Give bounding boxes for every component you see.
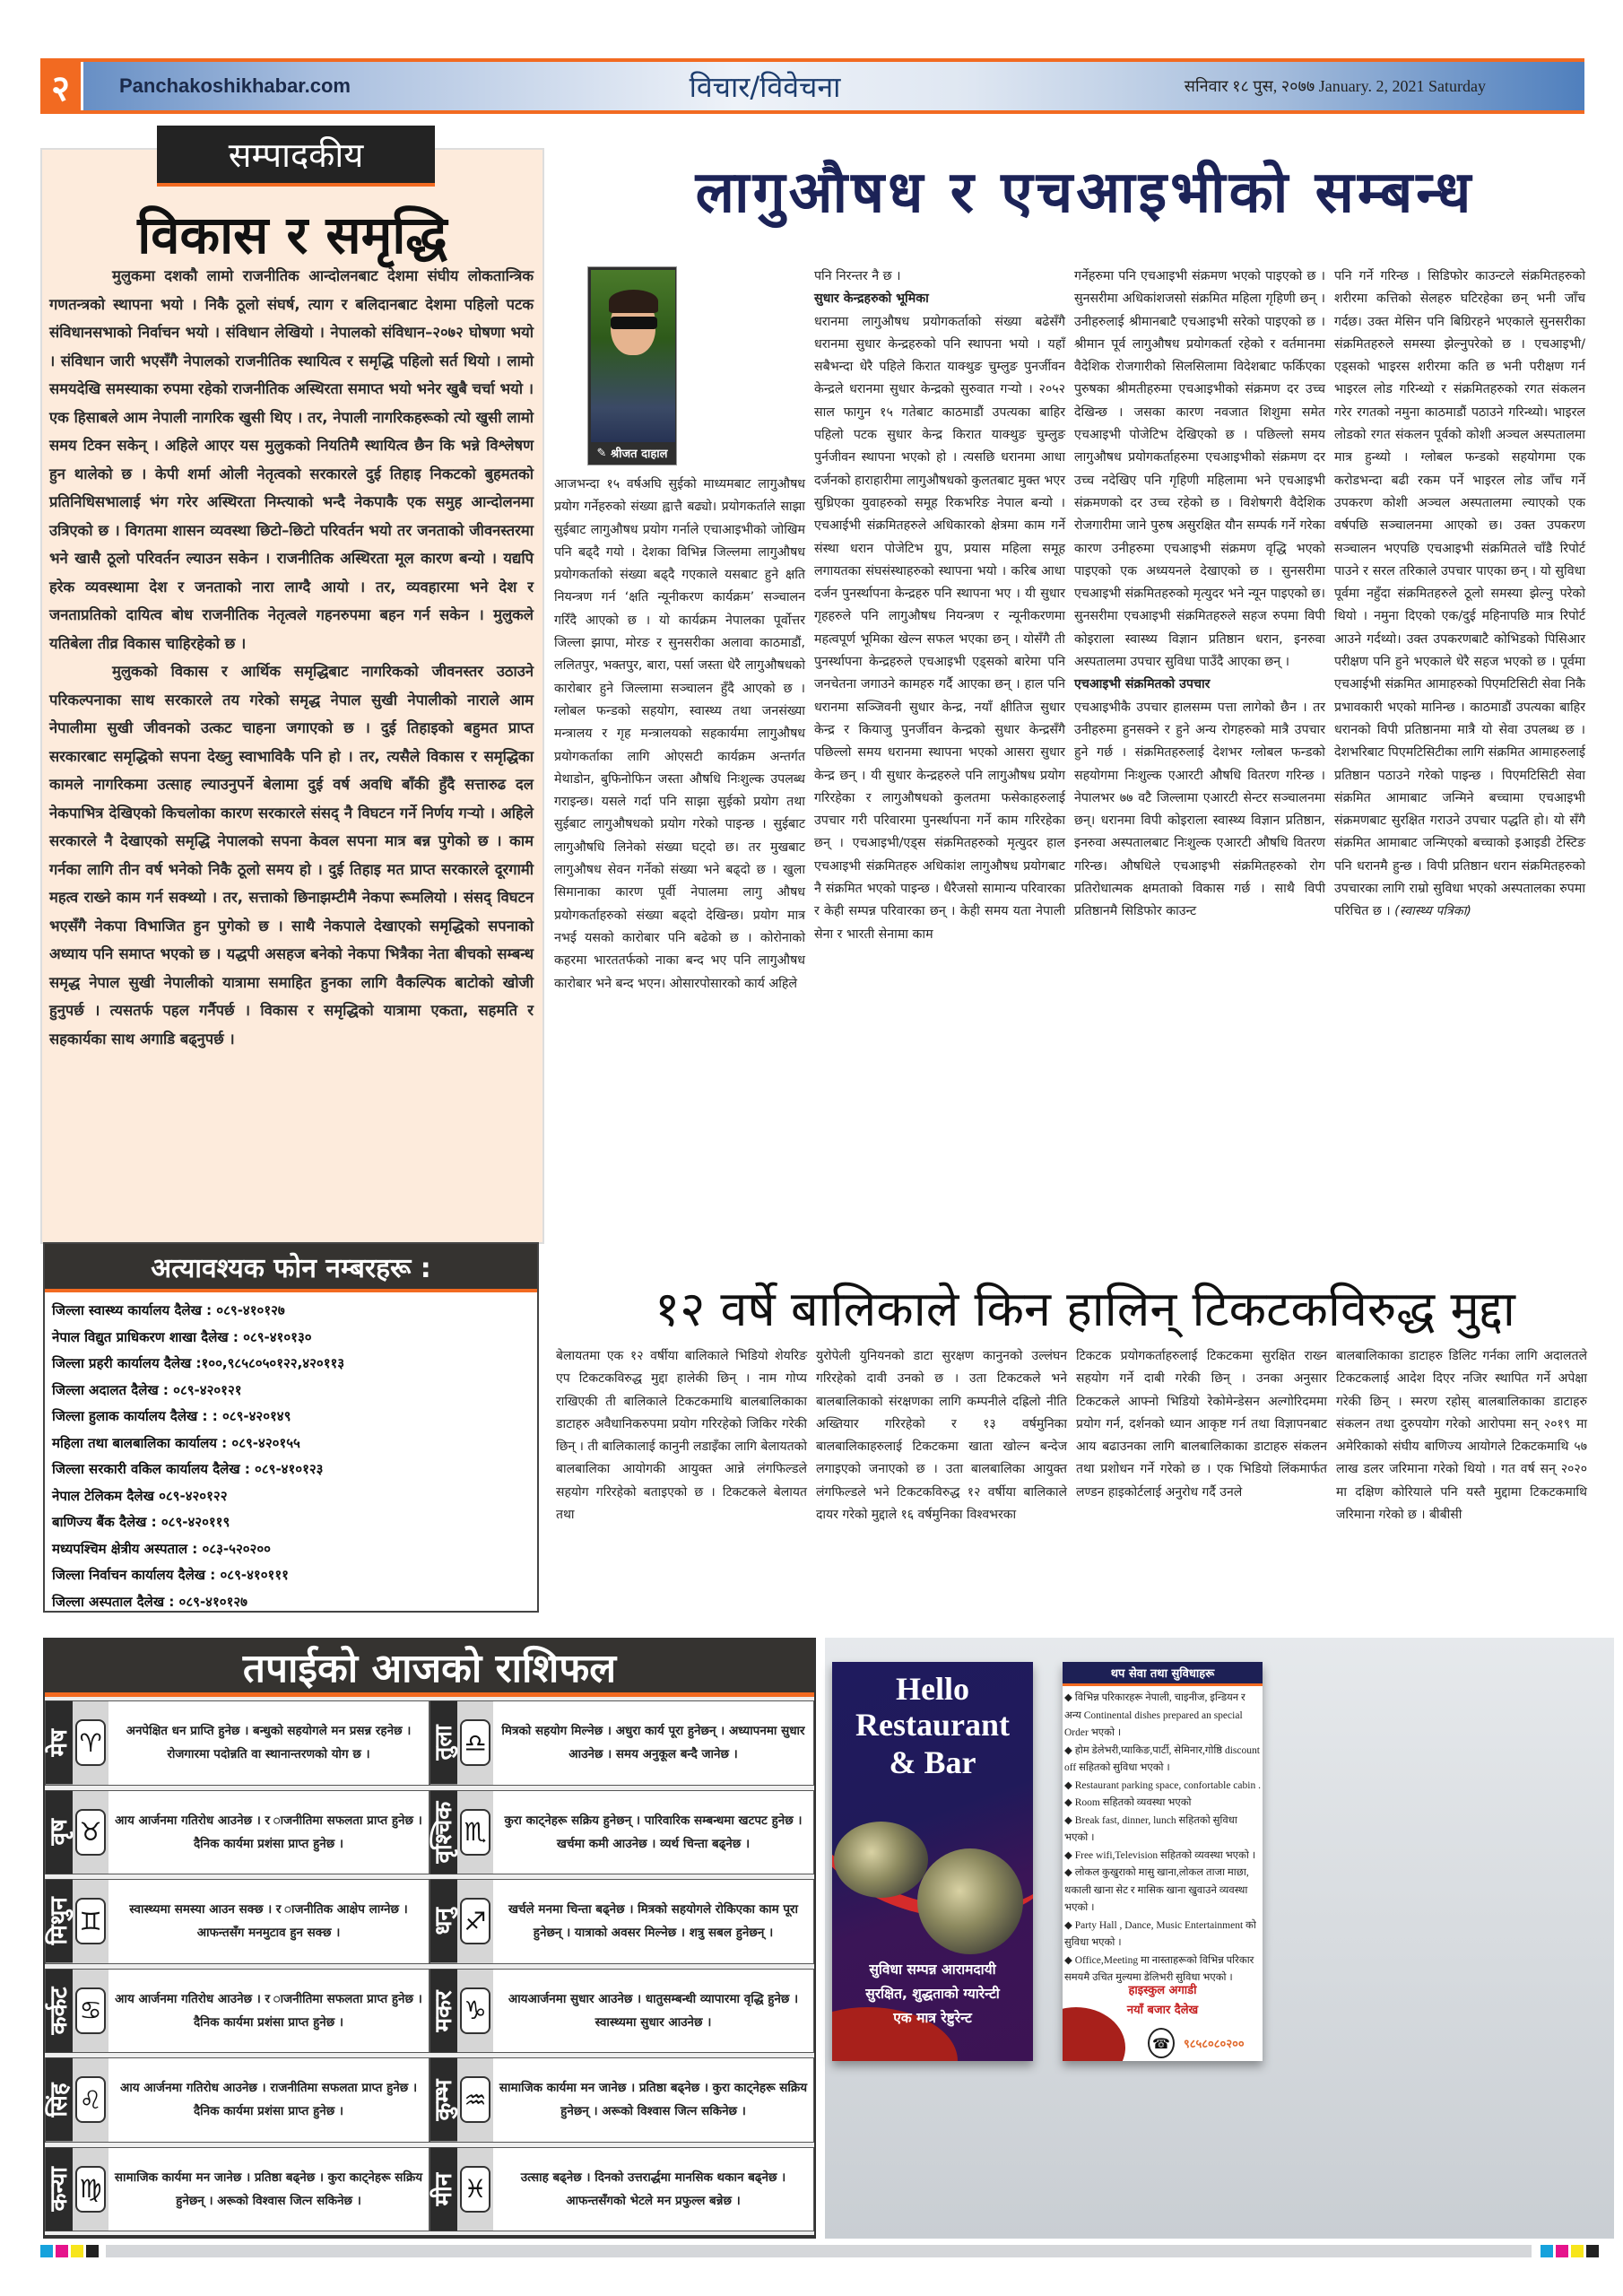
sign-forecast: सामाजिक कार्यमा मन जानेछ । प्रतिष्ठा बढ्… [108,2148,429,2231]
site-name[interactable]: Panchakoshikhabar.com [119,74,550,98]
sign-forecast: आय आर्जनमा गतिरोध आउनेछ । र ाजनीतिमा सफल… [108,1791,429,1874]
editorial-tag: सम्पादकीय [157,126,435,187]
yellow-print-mark [1571,2245,1584,2257]
cyan-print-mark [40,2245,53,2257]
service-item: ◆ Party Hall , Dance, Music Entertainmen… [1063,1918,1263,1952]
phone-icon: ☎ [1148,2028,1175,2058]
article-column-4: पनि गर्ने गरिन्छ । सिडिफोर काउन्टले संक्… [1334,265,1585,924]
editorial-paragraph: मुलुकमा दशकौ लामो राजनीतिक आन्दोलनबाट दे… [49,262,534,657]
sign-label: कर्कट [46,1970,73,2053]
subheading: सुधार केन्द्रहरुको भूमिका [814,291,929,306]
sign-label: वृश्चिक [430,1791,457,1874]
sign-forecast: आय आर्जनमा गतिरोध आउनेछ । र ाजनीतिमा सफल… [108,1970,429,2053]
phone-item: बाणिज्य बैंक दैलेख : ०८९-४२०११९ [52,1509,530,1536]
sign-forecast: मित्रको सहयोग मिल्नेछ । अधुरा कार्य पूरा… [493,1701,813,1785]
cancer-crab-icon: ♋ [75,1987,106,2034]
aries-ram-icon: ♈ [75,1719,106,1766]
sign-label: धनु [430,1880,457,1963]
phone-item: जिल्ला सरकारी वकिल कार्यालय दैलेख : ०८९-… [52,1457,530,1483]
phone-item: जिल्ला अस्पताल दैलेख : ०८९-४१०१२७ [52,1589,530,1616]
horoscope-item-vrish: वृष ♉ आय आर्जनमा गतिरोध आउनेछ । र ाजनीति… [45,1790,430,1875]
black-print-mark [1586,2245,1599,2257]
sign-label: मकर [430,1970,457,2053]
article-column-3: गर्नेहरुमा पनि एचआइभी संक्रमण भएको पाइएक… [1074,265,1325,924]
services-title: थप सेवा तथा सुविधाहरू [1063,1662,1263,1686]
sign-forecast: आयआर्जनमा सुधार आउनेछ । धातुसम्बन्धी व्य… [493,1970,813,2053]
print-gray-bar [106,2245,1532,2257]
tiktok-column-2: युरोपेली युनियनको डाटा सुरक्षण कानुनको उ… [816,1345,1067,1526]
horoscope-item-meen: मीन ♓ उत्साह बढ्नेछ । दिनको उत्तरार्द्धम… [430,2147,814,2232]
horoscope-item-makar: मकर ♑ आयआर्जनमा सुधार आउनेछ । धातुसम्बन्… [430,1969,814,2054]
sagittarius-archer-icon: ♐ [460,1898,490,1944]
phone-item: जिल्ला प्रहरी कार्यालय दैलेख :१००,९८५८०५… [52,1351,530,1378]
sign-forecast: अनपेक्षित धन प्राप्ति हुनेछ । बन्धुको सह… [108,1701,429,1785]
sign-label: मिथुन [46,1880,73,1963]
horoscope-item-mesh: मेष ♈ अनपेक्षित धन प्राप्ति हुनेछ । बन्ध… [45,1700,430,1786]
article-column-2: पनि निरन्तर नै छ । सुधार केन्द्रहरुको भू… [814,265,1065,946]
emergency-phones-title: अत्यावश्यक फोन नम्बरहरू : [45,1244,537,1292]
scorpio-scorpion-icon: ♏ [460,1809,490,1856]
service-item: ◆ Restaurant parking space, confortable … [1063,1778,1263,1796]
restaurant-phone[interactable]: ☎ ९८५८०८०२०० [1148,2028,1245,2058]
restaurant-address: हाइस्कुल अगाडी नयाँ बजार दैलेख [1063,1981,1263,2021]
horoscope-box: तपाईको आजको राशिफल मेष ♈ अनपेक्षित धन प्… [43,1638,816,2239]
yellow-print-mark [71,2245,83,2257]
horoscope-item-kumbha: कुम्भ ♒ सामाजिक कार्यमा मन जानेछ । प्रति… [430,2057,814,2143]
editorial-body: मुलुकमा दशकौ लामो राजनीतिक आन्दोलनबाट दे… [49,262,534,1053]
sign-forecast: स्वास्थ्यमा समस्या आउन सक्छ । र ाजनीतिक … [108,1880,429,1963]
author-byline: ✎ श्रीजत दाहाल [588,441,676,465]
phone-item: महिला तथा बालबालिका कार्यालय : ०८९-४२०१५… [52,1431,530,1457]
sign-label: कन्या [46,2148,73,2231]
magenta-print-mark [56,2245,68,2257]
sign-forecast: उत्साह बढ्नेछ । दिनको उत्तरार्द्धमा मानस… [493,2148,813,2231]
horoscope-item-karkat: कर्कट ♋ आय आर्जनमा गतिरोध आउनेछ । र ाजनी… [45,1969,430,2054]
cyan-print-mark [1541,2245,1553,2257]
page-header: २ Panchakoshikhabar.com विचार/विवेचना सन… [40,58,1584,114]
sign-label: कुम्भ [430,2058,457,2142]
taurus-bull-icon: ♉ [75,1809,106,1856]
ad-title-hello: Hello [832,1671,1033,1707]
sign-forecast: सामाजिक कार्यमा मन जानेछ । प्रतिष्ठा बढ्… [493,2058,813,2142]
horoscope-item-singh: सिंह ♌ आय आर्जनमा गतिरोध आउनेछ । राजनीति… [45,2057,430,2143]
phone-item: जिल्ला हुलाक कार्यालय दैलेख : : ०८९-४२०१… [52,1404,530,1431]
editorial-paragraph: मुलुकको विकास र आर्थिक समृद्धिबाट नागरिक… [49,657,534,1053]
author-portrait-image [591,270,675,442]
sign-forecast: आय आर्जनमा गतिरोध आउनेछ । राजनीतिमा सफलत… [108,2058,429,2142]
ad-title-bar: & Bar [832,1744,1033,1780]
gemini-twins-icon: ♊ [75,1898,106,1944]
sign-label: मेष [46,1701,73,1785]
restaurant-ad-services[interactable]: थप सेवा तथा सुविधाहरू ◆ विभिन्न परिकारहर… [1063,1662,1263,2061]
phone-item: जिल्ला अदालत दैलेख : ०८९-४२०१२१ [52,1378,530,1405]
main-headline: लागुऔषध र एचआइभीको सम्बन्ध [556,151,1614,229]
service-item: ◆ लोकल कुखुराको मासु खाना,लोकल ताजा माछा… [1063,1865,1263,1918]
ad-tagline: सुविधा सम्पन्न आरामदायी सुरक्षित, शुद्धत… [832,1958,1033,2031]
magenta-print-mark [1556,2245,1568,2257]
sign-label: तुला [430,1701,457,1785]
sign-label: सिंह [46,2058,73,2142]
sign-forecast: खर्चले मनमा चिन्ता बढ्नेछ । मित्रको सहयो… [493,1880,813,1963]
subheading: एचआइभी संक्रमितको उपचार [1074,677,1210,691]
service-item: ◆ Room सहितको व्यवस्था भएको [1063,1795,1263,1813]
horoscope-grid: मेष ♈ अनपेक्षित धन प्राप्ति हुनेछ । बन्ध… [45,1697,814,2235]
page-number: २ [40,62,83,110]
phone-item: जिल्ला निर्वाचन कार्यालय दैलेख : ०८९-४१०… [52,1562,530,1589]
pen-icon: ✎ [597,447,611,460]
restaurant-ad-front[interactable]: Hello Restaurant & Bar सुविधा सम्पन्न आर… [832,1662,1033,2061]
tiktok-column-3: टिकटक प्रयोगकर्ताहरुलाई टिकटकमा सुरक्षित… [1076,1345,1327,1504]
sunglasses-icon [611,317,657,329]
aquarius-water-bearer-icon: ♒ [460,2076,490,2123]
article-column-1: आजभन्दा १५ वर्षअघि सुईको माध्यमबाट लागुऔ… [554,474,805,996]
service-item: ◆ Free wifi,Television सहितको व्यवस्था भ… [1063,1848,1263,1865]
issue-date: सनिवार १८ पुस, २०७७ January. 2, 2021 Sat… [1185,75,1486,97]
horoscope-title: तपाईको आजको राशिफल [45,1639,814,1697]
ad-title-restaurant: Restaurant [832,1707,1033,1743]
libra-scales-icon: ♎ [460,1719,490,1766]
editorial-title: विकास र समृद्धि [40,197,544,268]
virgo-maiden-icon: ♍ [75,2166,106,2213]
sign-forecast: कुरा काट्नेहरू सक्रिय हुनेछन् । पारिवारि… [493,1791,813,1874]
author-photo: ✎ श्रीजत दाहाल [587,266,677,465]
horoscope-item-tula: तुला ♎ मित्रको सहयोग मिल्नेछ । अधुरा कार… [430,1700,814,1786]
service-item: ◆ होम डेलेभरी,प्याकिङ,पार्टी, सेमिनार,गो… [1063,1743,1263,1778]
phone-item: मध्यपश्चिम क्षेत्रीय अस्पताल : ०८३-५२०२०… [52,1536,530,1563]
phone-item: जिल्ला स्वास्थ्य कार्यालय दैलेख : ०८९-४१… [52,1298,530,1325]
tiktok-column-4: बालबालिकाका डाटाहरु डिलिट गर्नका लागि अद… [1336,1345,1587,1526]
phone-item: नेपाल टेलिकम दैलेख ०८९-४२०१२२ [52,1483,530,1510]
capricorn-goat-icon: ♑ [460,1987,490,2034]
horoscope-item-kanya: कन्या ♍ सामाजिक कार्यमा मन जानेछ । प्रति… [45,2147,430,2232]
horoscope-item-mithun: मिथुन ♊ स्वास्थ्यमा समस्या आउन सक्छ । र … [45,1879,430,1964]
section-title: विचार/विवेचना [550,67,980,106]
emergency-phones-box: अत्यावश्यक फोन नम्बरहरू : जिल्ला स्वास्थ… [43,1242,539,1613]
tiktok-column-1: बेलायतमा एक १२ वर्षीया बालिकाले भिडियो श… [556,1345,807,1526]
phone-item: नेपाल विद्युत प्राधिकरण शाखा दैलेख : ०८९… [52,1325,530,1352]
horoscope-item-dhanu: धनु ♐ खर्चले मनमा चिन्ता बढ्नेछ । मित्रक… [430,1879,814,1964]
sign-label: वृष [46,1791,73,1874]
restaurant-interior-photo [917,1848,1023,1954]
leo-lion-icon: ♌ [75,2076,106,2123]
black-print-mark [86,2245,99,2257]
article-source: (स्वास्थ्य पत्रिका) [1394,904,1471,918]
services-list: ◆ विभिन्न परिकारहरू नेपाली, चाइनीज, इन्ड… [1063,1686,1263,1987]
sign-label: मीन [430,2148,457,2231]
restaurant-interior-photo [834,1822,928,1898]
tiktok-headline: १२ वर्षे बालिकाले किन हालिन् टिकटकविरुद्… [556,1274,1614,1340]
service-item: ◆ Break fast, dinner, lunch सहितको सुविध… [1063,1813,1263,1848]
pisces-fish-icon: ♓ [460,2166,490,2213]
phone-list: जिल्ला स्वास्थ्य कार्यालय दैलेख : ०८९-४१… [45,1292,537,1621]
horoscope-item-vrishchik: वृश्चिक ♏ कुरा काट्नेहरू सक्रिय हुनेछन् … [430,1790,814,1875]
service-item: ◆ विभिन्न परिकारहरू नेपाली, चाइनीज, इन्ड… [1063,1690,1263,1743]
